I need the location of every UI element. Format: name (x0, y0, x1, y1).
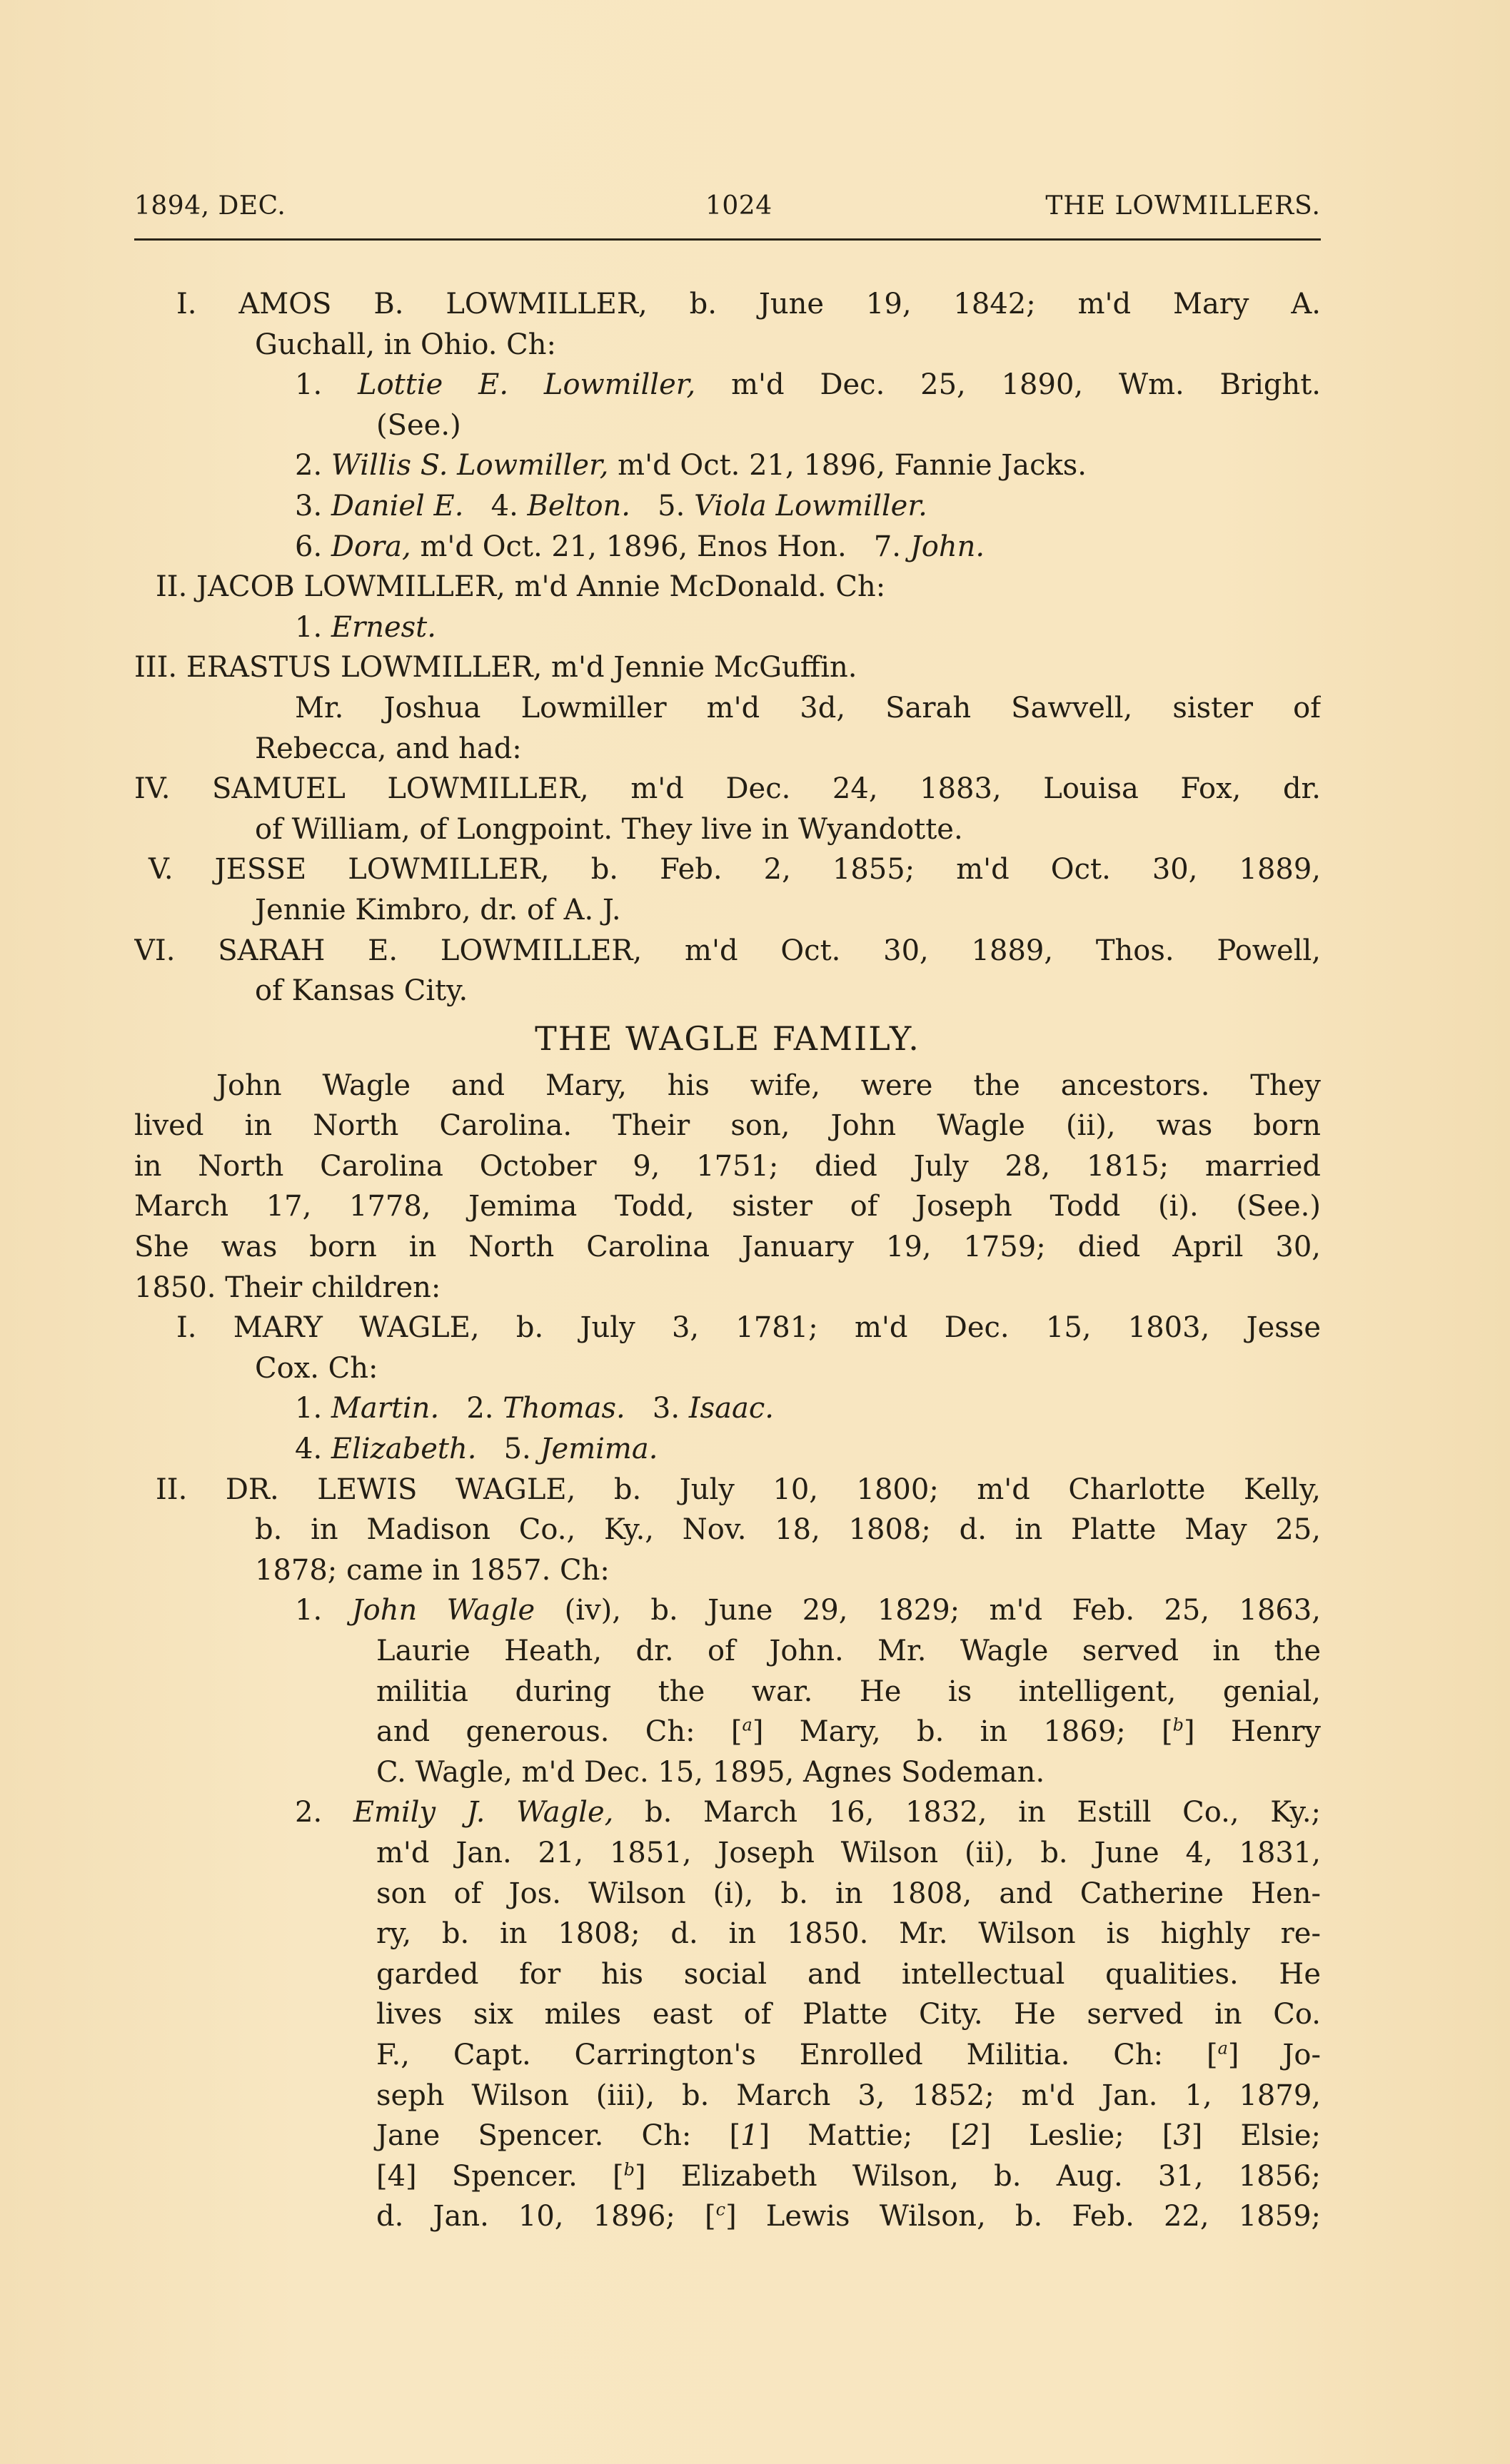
joshua-note-line1: Mr. Joshua Lowmiller m'd 3d, Sarah Sawve… (134, 688, 1321, 729)
intro-line-6: 1850. Their children: (134, 1268, 1321, 1308)
child-emily-wagle-line2: m'd Jan. 21, 1851, Joseph Wilson (ii), b… (134, 1833, 1321, 1874)
section-heading-wagle: THE WAGLE FAMILY. (134, 1011, 1321, 1066)
entry-lewis-wagle-line2: b. in Madison Co., Ky., Nov. 18, 1808; d… (134, 1510, 1321, 1550)
children-daniel-belton-viola: 3. Daniel E. 4. Belton. 5. Viola Lowmill… (134, 486, 1321, 527)
joshua-note-line2: Rebecca, and had: (134, 729, 1321, 769)
intro-line-5: She was born in North Carolina January 1… (134, 1227, 1321, 1268)
intro-line-3: in North Carolina October 9, 1751; died … (134, 1146, 1321, 1187)
child-ernest: 1. Ernest. (134, 607, 1321, 648)
entry-sarah-line1: VI. SARAH E. LOWMILLER, m'd Oct. 30, 188… (134, 931, 1321, 971)
entry-jesse-line2: Jennie Kimbro, dr. of A. J. (134, 890, 1321, 931)
entry-sarah-line2: of Kansas City. (134, 971, 1321, 1011)
entry-erastus: III. ERASTUS LOWMILLER, m'd Jennie McGuf… (134, 647, 1321, 688)
child-john-wagle-line2: Laurie Heath, dr. of John. Mr. Wagle ser… (134, 1631, 1321, 1672)
running-head-date: 1894, DEC. (134, 191, 286, 221)
entry-samuel-line2: of William, of Longpoint. They live in W… (134, 809, 1321, 850)
child-emily-wagle-line8: seph Wilson (iii), b. March 3, 1852; m'd… (134, 2076, 1321, 2116)
intro-line-2: lived in North Carolina. Their son, John… (134, 1106, 1321, 1146)
running-head-title: THE LOWMILLERS. (1045, 191, 1321, 221)
entry-lewis-wagle-line3: 1878; came in 1857. Ch: (134, 1550, 1321, 1591)
page-number: 1024 (705, 191, 772, 221)
entry-jacob: II. JACOB LOWMILLER, m'd Annie McDonald.… (134, 567, 1321, 607)
child-emily-wagle-line10: [4] Spencer. [b] Elizabeth Wilson, b. Au… (134, 2156, 1321, 2197)
child-emily-wagle-line9: Jane Spencer. Ch: [1] Mattie; [2] Leslie… (134, 2116, 1321, 2156)
entry-amos-line1: I. AMOS B. LOWMILLER, b. June 19, 1842; … (134, 284, 1321, 325)
child-emily-wagle-line5: garded for his social and intellectual q… (134, 1954, 1321, 1995)
intro-line-1: John Wagle and Mary, his wife, were the … (134, 1066, 1321, 1106)
child-john-wagle-line4: and generous. Ch: [a] Mary, b. in 1869; … (134, 1712, 1321, 1752)
child-lottie-see: (See.) (134, 405, 1321, 446)
child-john-wagle-line1: 1. John Wagle (iv), b. June 29, 1829; m'… (134, 1590, 1321, 1631)
child-emily-wagle-line7: F., Capt. Carrington's Enrolled Militia.… (134, 2035, 1321, 2076)
child-lottie: 1. Lottie E. Lowmiller, m'd Dec. 25, 189… (134, 365, 1321, 405)
child-emily-wagle-line3: son of Jos. Wilson (i), b. in 1808, and … (134, 1874, 1321, 1914)
child-john-wagle-line3: militia during the war. He is intelligen… (134, 1672, 1321, 1712)
child-emily-wagle-line1: 2. Emily J. Wagle, b. March 16, 1832, in… (134, 1792, 1321, 1833)
child-emily-wagle-line4: ry, b. in 1808; d. in 1850. Mr. Wilson i… (134, 1914, 1321, 1954)
header-rule (134, 238, 1321, 241)
entry-samuel-line1: IV. SAMUEL LOWMILLER, m'd Dec. 24, 1883,… (134, 769, 1321, 809)
entry-lewis-wagle-line1: II. DR. LEWIS WAGLE, b. July 10, 1800; m… (134, 1470, 1321, 1510)
entry-amos-line2: Guchall, in Ohio. Ch: (134, 325, 1321, 365)
book-page: 1894, DEC. 1024 THE LOWMILLERS. I. AMOS … (134, 184, 1321, 228)
entry-mary-wagle-line1: I. MARY WAGLE, b. July 3, 1781; m'd Dec.… (134, 1308, 1321, 1348)
child-emily-wagle-line11: d. Jan. 10, 1896; [c] Lewis Wilson, b. F… (134, 2196, 1321, 2237)
page-body: I. AMOS B. LOWMILLER, b. June 19, 1842; … (134, 284, 1321, 2237)
mary-children-1: 1. Martin. 2. Thomas. 3. Isaac. (134, 1388, 1321, 1429)
children-dora-john: 6. Dora, m'd Oct. 21, 1896, Enos Hon. 7.… (134, 527, 1321, 567)
child-john-wagle-line5: C. Wagle, m'd Dec. 15, 1895, Agnes Sodem… (134, 1752, 1321, 1793)
entry-mary-wagle-line2: Cox. Ch: (134, 1348, 1321, 1389)
entry-jesse-line1: V. JESSE LOWMILLER, b. Feb. 2, 1855; m'd… (134, 849, 1321, 890)
child-emily-wagle-line6: lives six miles east of Platte City. He … (134, 1994, 1321, 2035)
intro-line-4: March 17, 1778, Jemima Todd, sister of J… (134, 1186, 1321, 1227)
running-head: 1894, DEC. 1024 THE LOWMILLERS. (134, 184, 1321, 228)
child-willis: 2. Willis S. Lowmiller, m'd Oct. 21, 189… (134, 445, 1321, 486)
mary-children-2: 4. Elizabeth. 5. Jemima. (134, 1429, 1321, 1470)
